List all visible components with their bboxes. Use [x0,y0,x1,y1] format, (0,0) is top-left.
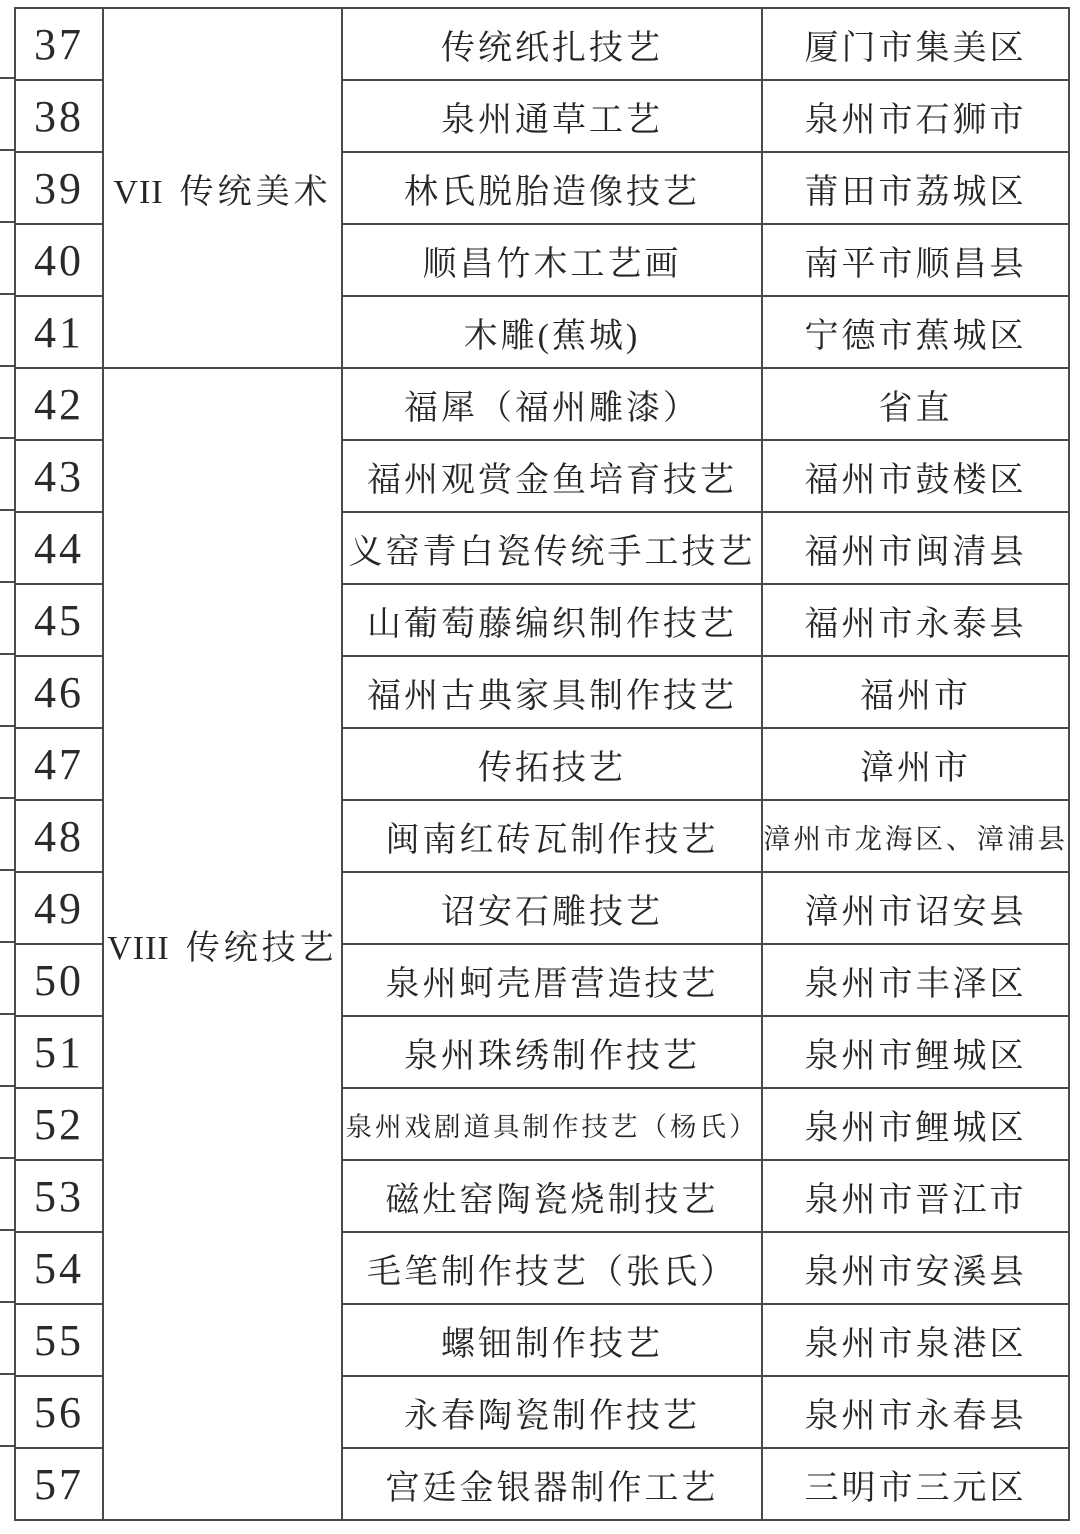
row-number-cell: 39 [15,152,103,224]
item-name-cell: 闽南红砖瓦制作技艺 [342,800,762,872]
row-number-cell: 57 [15,1448,103,1520]
item-name-cell: 福州观赏金鱼培育技艺 [342,440,762,512]
item-name-cell: 义窑青白瓷传统手工技艺 [342,512,762,584]
item-name-cell: 福州古典家具制作技艺 [342,656,762,728]
item-name-cell: 顺昌竹木工艺画 [342,224,762,296]
row-number-cell: 37 [15,8,103,80]
row-number-cell: 47 [15,728,103,800]
region-cell: 三明市三元区 [762,1448,1069,1520]
item-name-cell: 传统纸扎技艺 [342,8,762,80]
region-cell: 泉州市鲤城区 [762,1016,1069,1088]
region-cell: 省直 [762,368,1069,440]
category-cell: VIII传统技艺 [103,368,342,1520]
item-name-cell: 泉州蚵壳厝营造技艺 [342,944,762,1016]
category-label: 传统美术 [180,174,332,211]
category-label: 传统技艺 [186,930,338,967]
item-name-cell: 福犀（福州雕漆） [342,368,762,440]
region-cell: 漳州市诏安县 [762,872,1069,944]
row-number-cell: 51 [15,1016,103,1088]
item-name-cell: 山葡萄藤编织制作技艺 [342,584,762,656]
region-cell: 福州市闽清县 [762,512,1069,584]
row-number-cell: 52 [15,1088,103,1160]
row-number-cell: 46 [15,656,103,728]
region-cell: 福州市永泰县 [762,584,1069,656]
region-cell: 南平市顺昌县 [762,224,1069,296]
row-number-cell: 50 [15,944,103,1016]
item-name-cell: 磁灶窑陶瓷烧制技艺 [342,1160,762,1232]
region-cell: 泉州市泉港区 [762,1304,1069,1376]
region-cell: 泉州市鲤城区 [762,1088,1069,1160]
region-cell: 泉州市永春县 [762,1376,1069,1448]
region-cell: 漳州市龙海区、漳浦县 [762,800,1069,872]
item-name-cell: 螺钿制作技艺 [342,1304,762,1376]
left-edge-tick-marks [0,7,15,1447]
region-cell: 厦门市集美区 [762,8,1069,80]
item-name-cell: 林氏脱胎造像技艺 [342,152,762,224]
row-number-cell: 44 [15,512,103,584]
item-name-cell: 木雕(蕉城) [342,296,762,368]
item-name-cell: 泉州珠绣制作技艺 [342,1016,762,1088]
document-page: 37 VII传统美术 传统纸扎技艺 厦门市集美区 38 泉州通草工艺 泉州市石狮… [0,0,1080,1534]
region-cell: 泉州市丰泽区 [762,944,1069,1016]
row-number-cell: 43 [15,440,103,512]
row-number-cell: 45 [15,584,103,656]
row-number-cell: 55 [15,1304,103,1376]
table-row: 42 VIII传统技艺 福犀（福州雕漆） 省直 [15,368,1069,440]
item-name-cell: 毛笔制作技艺（张氏） [342,1232,762,1304]
region-cell: 福州市 [762,656,1069,728]
row-number-cell: 48 [15,800,103,872]
region-cell: 莆田市荔城区 [762,152,1069,224]
row-number-cell: 56 [15,1376,103,1448]
item-name-cell: 宫廷金银器制作工艺 [342,1448,762,1520]
region-cell: 泉州市安溪县 [762,1232,1069,1304]
region-cell: 泉州市石狮市 [762,80,1069,152]
category-numeral: VII [113,174,163,211]
item-name-cell: 泉州通草工艺 [342,80,762,152]
row-number-cell: 53 [15,1160,103,1232]
region-cell: 漳州市 [762,728,1069,800]
category-cell: VII传统美术 [103,8,342,368]
item-name-cell: 传拓技艺 [342,728,762,800]
heritage-table: 37 VII传统美术 传统纸扎技艺 厦门市集美区 38 泉州通草工艺 泉州市石狮… [14,7,1070,1521]
region-cell: 泉州市晋江市 [762,1160,1069,1232]
item-name-cell: 永春陶瓷制作技艺 [342,1376,762,1448]
row-number-cell: 49 [15,872,103,944]
row-number-cell: 41 [15,296,103,368]
table-row: 37 VII传统美术 传统纸扎技艺 厦门市集美区 [15,8,1069,80]
item-name-cell: 诏安石雕技艺 [342,872,762,944]
region-cell: 福州市鼓楼区 [762,440,1069,512]
row-number-cell: 54 [15,1232,103,1304]
row-number-cell: 42 [15,368,103,440]
row-number-cell: 38 [15,80,103,152]
item-name-cell: 泉州戏剧道具制作技艺（杨氏） [342,1088,762,1160]
category-numeral: VIII [107,930,170,967]
row-number-cell: 40 [15,224,103,296]
region-cell: 宁德市蕉城区 [762,296,1069,368]
